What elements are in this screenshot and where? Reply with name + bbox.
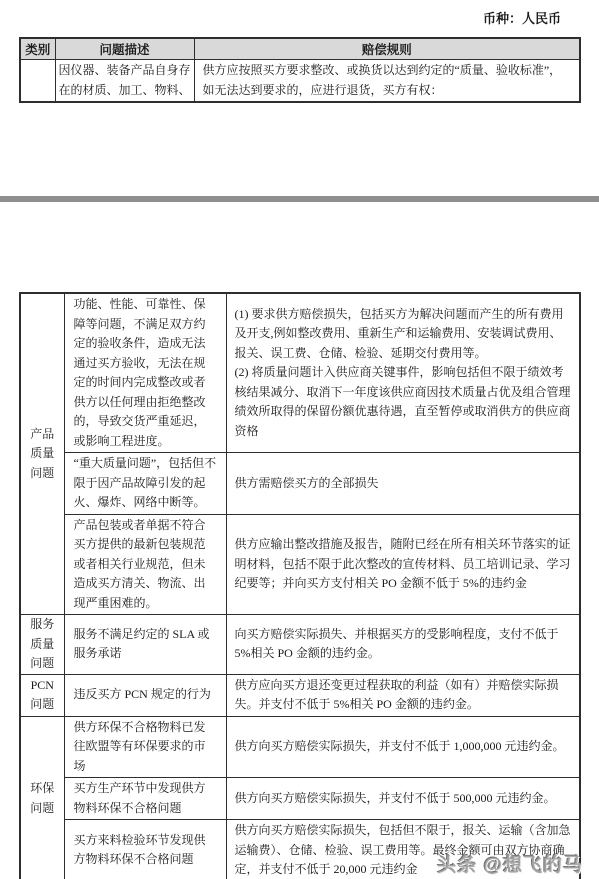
description-cell: 买方生产环节中发现供方物料环保不合格问题 (64, 778, 226, 820)
table-row: 产品包装或者单据不符合买方提供的最新包装规范或者相关行业规范，但未造成买方清关、… (20, 514, 580, 615)
column-header-category: 类别 (20, 38, 55, 60)
table-row: 环保问题 供方环保不合格物料已发往欧盟等有环保要求的市场 供方向买方赔偿实际损失… (20, 716, 580, 778)
description-cell: “重大质量问题”，包括但不限于因产品故障引发的起火、爆炸、网络中断等。 (64, 453, 226, 515)
description-cell: 服务不满足约定的 SLA 或服务承诺 (64, 615, 226, 675)
description-cell: 功能、性能、可靠性、保障等问题，不满足双方约定的验收条件，造成无法通过买方验收，… (64, 293, 226, 453)
description-cell: 因仪器、装备产品自身存在的材质、加工、物料、 (55, 60, 194, 103)
table-row: 买方生产环节中发现供方物料环保不合格问题 供方向买方赔偿实际损失，并支付不低于 … (20, 778, 580, 820)
rule-cell: 供方应向买方退还变更过程获取的利益（如有）并赔偿实际损失。并支付不低于 5%相关… (226, 674, 580, 716)
table-row: PCN问题 违反买方 PCN 规定的行为 供方应向买方退还变更过程获取的利益（如… (20, 674, 580, 716)
rule-cell: 供方应按照买方要求整改、或换货以达到约定的“质量、验收标准”，如无法达到要求的，… (194, 60, 580, 103)
description-cell: 买方来料检验环节发现供方物料环保不合格问题 (64, 820, 226, 879)
compensation-table-page2: 产品质量问题 功能、性能、可靠性、保障等问题，不满足双方约定的验收条件，造成无法… (19, 292, 581, 879)
rule-cell: 供方应输出整改措施及报告，随附已经在所有相关环节落实的证明材料，包括不限于此次整… (226, 514, 580, 615)
rule-cell: 供方需赔偿买方的全部损失 (226, 453, 580, 515)
column-header-description: 问题描述 (55, 38, 194, 60)
category-cell-product-quality: 产品质量问题 (20, 293, 64, 615)
table-row: 产品质量问题 功能、性能、可靠性、保障等问题，不满足双方约定的验收条件，造成无法… (20, 293, 580, 453)
rule-cell: 向买方赔偿实际损失、并根据买方的受影响程度，支付不低于5%相关 PO 金额的违约… (226, 615, 580, 675)
description-cell: 违反买方 PCN 规定的行为 (64, 674, 226, 716)
table-row: 服务质量问题 服务不满足约定的 SLA 或服务承诺 向买方赔偿实际损失、并根据买… (20, 615, 580, 675)
description-cell: 供方环保不合格物料已发往欧盟等有环保要求的市场 (64, 716, 226, 778)
page-break-divider (0, 196, 599, 202)
rule-cell: 供方向买方赔偿实际损失，并支付不低于 1,000,000 元违约金。 (226, 716, 580, 778)
description-cell: 产品包装或者单据不符合买方提供的最新包装规范或者相关行业规范，但未造成买方清关、… (64, 514, 226, 615)
column-header-rule: 赔偿规则 (194, 38, 580, 60)
category-cell (20, 60, 55, 103)
category-cell-service-quality: 服务质量问题 (20, 615, 64, 675)
rule-cell: (1) 要求供方赔偿损失，包括买方为解决问题而产生的所有费用及开支,例如整改费用… (226, 293, 580, 453)
document-page: { "meta": { "currency_label": "币种：人民币", … (0, 0, 599, 879)
category-cell-environment: 环保问题 (20, 716, 64, 879)
rule-cell: 供方向买方赔偿实际损失，并支付不低于 500,000 元违约金。 (226, 778, 580, 820)
table-header-row: 类别 问题描述 赔偿规则 (20, 38, 580, 60)
currency-label: 币种：人民币 (483, 8, 561, 27)
compensation-table-page1: 类别 问题描述 赔偿规则 因仪器、装备产品自身存在的材质、加工、物料、 供方应按… (19, 37, 581, 103)
table-row: “重大质量问题”，包括但不限于因产品故障引发的起火、爆炸、网络中断等。 供方需赔… (20, 453, 580, 515)
watermark: 头条 @想飞的马 (437, 850, 583, 877)
table-row: 因仪器、装备产品自身存在的材质、加工、物料、 供方应按照买方要求整改、或换货以达… (20, 60, 580, 103)
category-cell-pcn: PCN问题 (20, 674, 64, 716)
